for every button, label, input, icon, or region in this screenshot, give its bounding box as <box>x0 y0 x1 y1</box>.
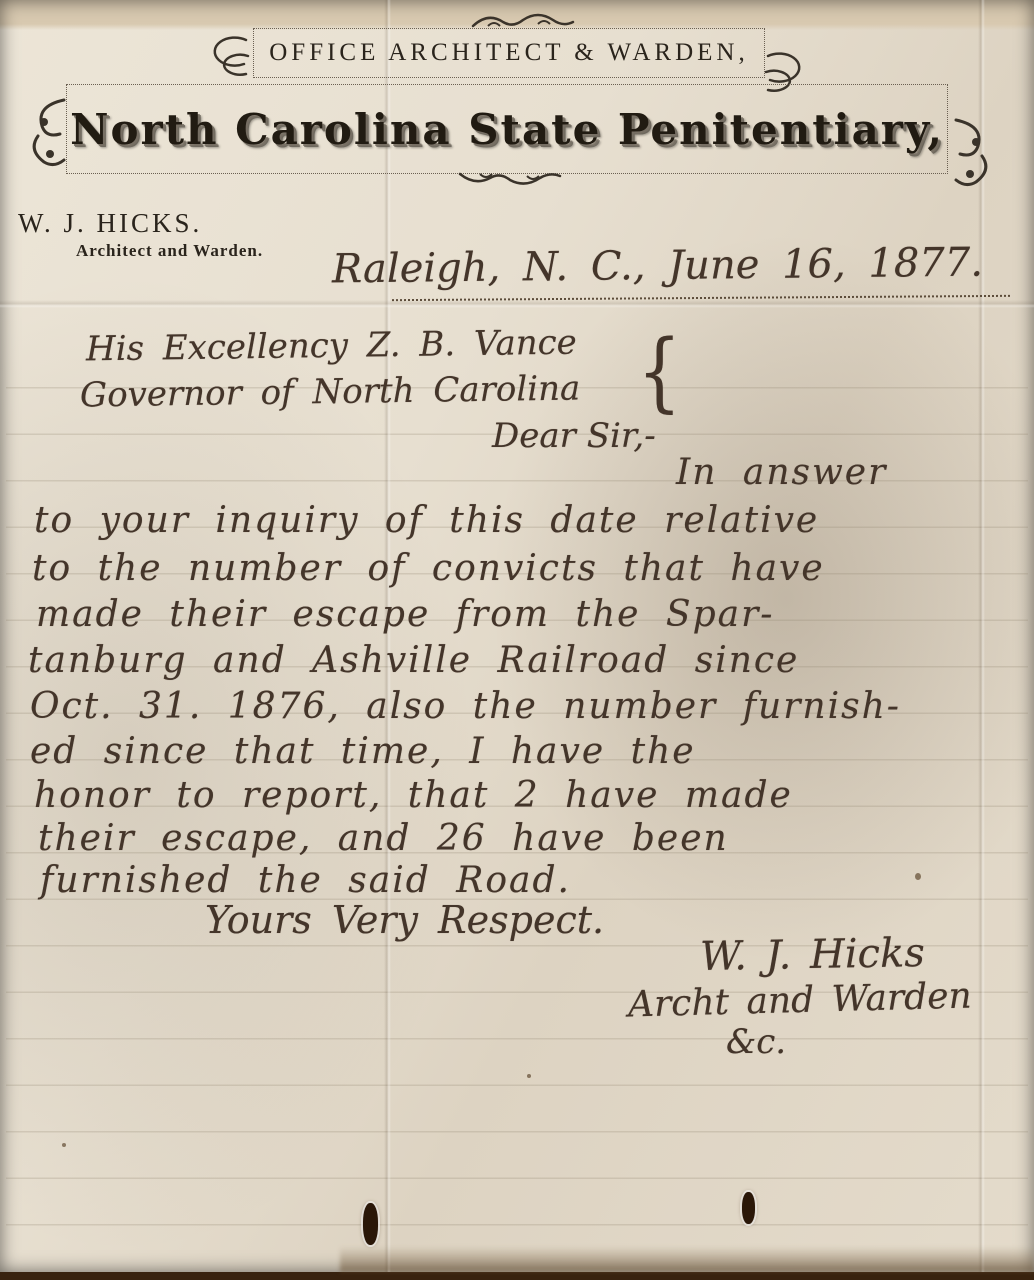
official-title: Architect and Warden. <box>76 241 263 261</box>
office-line: OFFICE ARCHITECT & WARDEN, <box>269 39 749 67</box>
dateline-printed-rule <box>392 295 1010 301</box>
fold-crease-vertical-left <box>384 0 391 1272</box>
ink-speck <box>915 873 921 880</box>
left-flourish-icon <box>200 30 252 86</box>
signature-name: W. J. Hicks <box>700 930 926 980</box>
closing: Yours Very Respect. <box>205 898 604 942</box>
body-line: In answer <box>676 452 887 493</box>
ink-speck <box>62 1143 66 1147</box>
office-line-box: OFFICE ARCHITECT & WARDEN, <box>253 28 765 78</box>
bottom-edge-stain <box>340 1246 1034 1272</box>
paper-hole <box>363 1203 378 1245</box>
body-line: tanburg and Ashville Railroad since <box>28 640 799 681</box>
institution-title-box: North Carolina State Penitentiary, <box>66 84 948 174</box>
body-line: Oct. 31. 1876, also the number furnish- <box>30 686 901 727</box>
signature-title: Archt and Warden <box>628 976 973 1026</box>
recipient-line-1: His Excellency Z. B. Vance <box>86 323 577 370</box>
salutation: Dear Sir,- <box>492 416 656 456</box>
body-line: to your inquiry of this date relative <box>34 500 819 541</box>
recipient-brace: { <box>637 322 681 422</box>
paper-hole <box>742 1192 755 1224</box>
dateline: Raleigh, N. C., June 16, 1877. <box>332 240 983 293</box>
body-line: made their escape from the Spar- <box>36 594 774 635</box>
recipient-line-2: Governor of North Carolina <box>80 369 581 416</box>
ink-speck <box>527 1074 531 1078</box>
institution-title: North Carolina State Penitentiary, <box>70 105 944 154</box>
letter-photo: OFFICE ARCHITECT & WARDEN, North Carolin… <box>0 0 1034 1280</box>
body-line: furnished the said Road. <box>40 860 571 901</box>
fold-crease-horizontal <box>0 300 1034 308</box>
official-name: W. J. HICKS. <box>18 208 202 239</box>
body-line: ed since that time, I have the <box>30 731 696 772</box>
body-line: honor to report, that 2 have made <box>34 775 793 816</box>
body-line: to the number of convicts that have <box>32 548 825 589</box>
bottom-center-scroll-ornament-icon <box>455 166 565 190</box>
letter-paper: OFFICE ARCHITECT & WARDEN, North Carolin… <box>0 0 1034 1272</box>
right-corner-scroll-ornament-icon <box>946 112 996 192</box>
body-line: their escape, and 26 have been <box>38 818 729 859</box>
signature-etc: &c. <box>726 1022 786 1062</box>
